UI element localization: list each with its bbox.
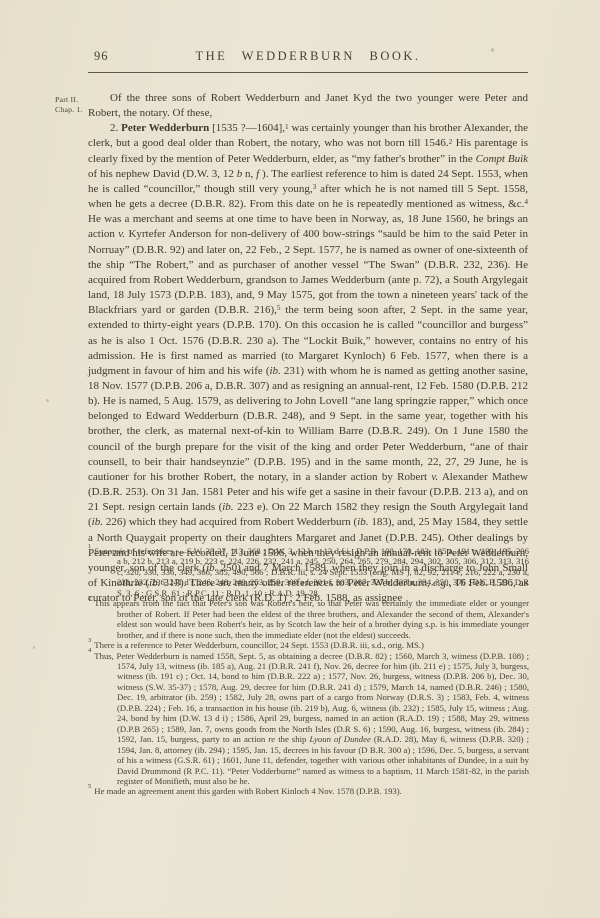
footnote-number: 4 (88, 647, 91, 654)
page-header-title: THE WEDDERBURN BOOK. (88, 49, 528, 64)
scan-speck (46, 399, 49, 402)
footnote-text: Thus, Peter Wedderburn is named 1558, Se… (94, 651, 529, 786)
header-rule (88, 72, 528, 73)
footnote-number: 5 (88, 783, 91, 790)
scan-speck (33, 646, 35, 649)
margin-note-part: Part II. (55, 95, 91, 105)
paragraph-peter-wedderburn: 2. Peter Wedderburn [1535 ?—1604],1 was … (88, 121, 528, 606)
margin-note-chapter: Chap. 1. (55, 105, 91, 115)
page-header: 96 THE WEDDERBURN BOOK. (88, 49, 528, 65)
footnote-number: 1 (88, 543, 91, 550)
footnote-2: 2This appears from the fact that Peter's… (88, 598, 529, 640)
footnote-1: 1Synopsis of references :—S.W. 35-37, 11… (88, 546, 529, 598)
footnote-number: 2 (88, 595, 91, 602)
paragraph-intro: Of the three sons of Robert Wedderburn a… (88, 91, 528, 121)
footnote-text: He made an agreement anent this garden w… (94, 786, 402, 796)
footnote-text: This appears from the fact that Peter's … (94, 598, 529, 639)
footnote-5: 5He made an agreement anent this garden … (88, 786, 529, 796)
body-text: Of the three sons of Robert Wedderburn a… (88, 91, 528, 606)
footnote-number: 3 (88, 637, 91, 644)
margin-note: Part II. Chap. 1. (55, 95, 91, 115)
footnote-4: 4Thus, Peter Wedderburn is named 1558, S… (88, 651, 529, 787)
scan-speck (491, 48, 494, 52)
footnote-text: Synopsis of references :—S.W. 35-37, 113… (94, 546, 529, 598)
footnotes: 1Synopsis of references :—S.W. 35-37, 11… (88, 546, 529, 797)
book-page: 96 THE WEDDERBURN BOOK. Part II. Chap. 1… (0, 0, 600, 918)
footnote-text: There is a reference to Peter Wedderburn… (94, 640, 424, 650)
footnote-3: 3There is a reference to Peter Wedderbur… (88, 640, 529, 650)
